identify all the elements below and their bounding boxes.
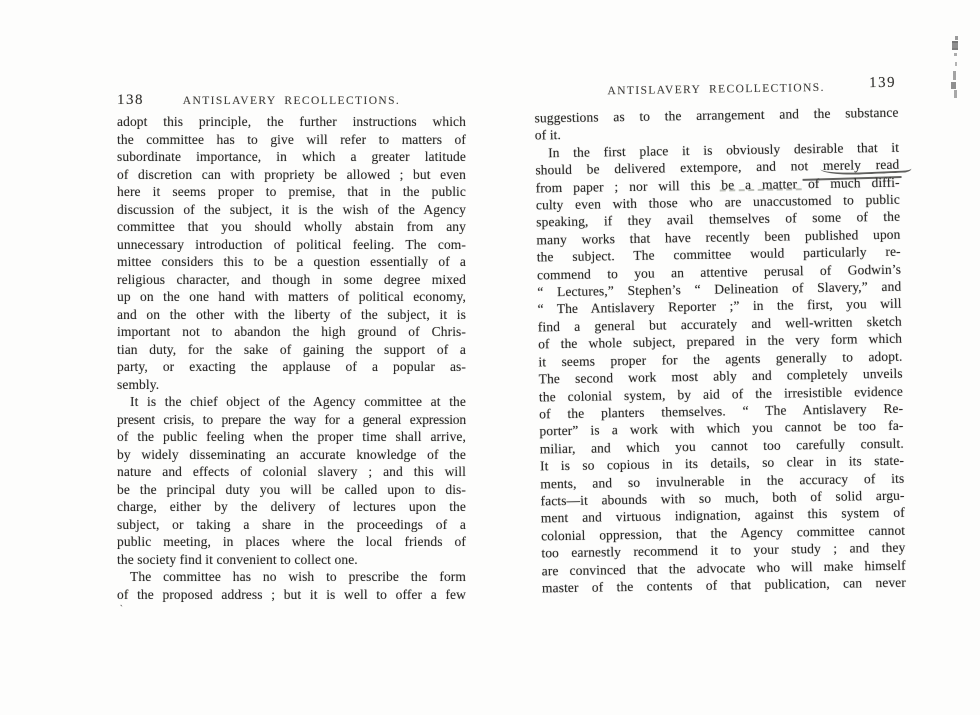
- page-number: 138: [117, 92, 144, 109]
- running-title: ANTISLAVERY RECOLLECTIONS.: [117, 92, 466, 107]
- text-line: important not to abandon the high ground…: [117, 323, 466, 341]
- pen-annotation: be a matter: [721, 176, 797, 192]
- page-138: 138 ANTISLAVERY RECOLLECTIONS. adopt thi…: [117, 92, 466, 603]
- scan-artifact: [955, 62, 957, 66]
- text-line: the committee has to give will refer to …: [117, 131, 466, 149]
- page-body: suggestions as to the arrangement and th…: [534, 104, 906, 597]
- scan-artifact: [954, 90, 957, 98]
- running-title: ANTISLAVERY RECOLLECTIONS.: [534, 78, 898, 99]
- text-line: charge, either by the delivery of lectur…: [117, 498, 466, 516]
- text-line: subordinate importance, in which a great…: [117, 148, 466, 166]
- page-header: ANTISLAVERY RECOLLECTIONS. 139: [534, 78, 898, 104]
- page-header: 138 ANTISLAVERY RECOLLECTIONS.: [117, 92, 466, 112]
- text-line: mittee considers this to be a question e…: [117, 253, 466, 271]
- text-line: up on the one hand with matters of polit…: [117, 288, 466, 306]
- text-line: present crisis, to prepare the way for a…: [117, 411, 466, 429]
- printer-mark: ‵: [120, 604, 125, 615]
- page-body: adopt this principle, the further instru…: [117, 113, 466, 603]
- text-line: be the principal duty you will be called…: [117, 481, 466, 499]
- text-line: public meeting, in places where the loca…: [117, 533, 466, 551]
- pen-annotation: of much diffi-: [808, 174, 900, 190]
- page-number: 139: [869, 75, 896, 92]
- text-line: unnecessary introduction of political fe…: [117, 236, 466, 254]
- text-line: The committee has no wish to prescribe t…: [117, 568, 466, 586]
- page-139: ANTISLAVERY RECOLLECTIONS. 139 suggestio…: [534, 78, 906, 597]
- scan-artifact: [952, 41, 958, 50]
- text-line: here it seems proper to premise, that in…: [117, 183, 466, 201]
- text-line: the society find it convenient to collec…: [117, 551, 466, 569]
- text-line: of discretion can with propriety be allo…: [117, 166, 466, 184]
- text-line: sembly.: [117, 376, 466, 394]
- text-segment: from paper ; nor will this: [536, 177, 722, 195]
- scan-artifact: [954, 53, 957, 56]
- text-line: It is the chief object of the Agency com…: [117, 393, 466, 411]
- scan-artifact: [953, 71, 956, 80]
- text-line: of the proposed address ; but it is well…: [117, 586, 466, 604]
- scan-artifact: [951, 82, 956, 89]
- text-line: and on the other with the liberty of the…: [117, 306, 466, 324]
- scan-artifact: [955, 36, 958, 40]
- text-line: religious character, and though in some …: [117, 271, 466, 289]
- text-line: of the public feeling when the proper ti…: [117, 428, 466, 446]
- text-line: subject, or taking a share in the procee…: [117, 516, 466, 534]
- text-line: tian duty, for the sake of gaining the s…: [117, 341, 466, 359]
- text-line: party, or exacting the applause of a pop…: [117, 358, 466, 376]
- text-line: discussion of the subject, it is the wis…: [117, 201, 466, 219]
- text-line: committee that you should wholly abstain…: [117, 218, 466, 236]
- text-line: nature and effects of colonial slavery ;…: [117, 463, 466, 481]
- text-line: by widely disseminating an accurate know…: [117, 446, 466, 464]
- text-line: adopt this principle, the further instru…: [117, 113, 466, 131]
- pen-annotation: merely read: [823, 157, 900, 173]
- book-scan: 138 ANTISLAVERY RECOLLECTIONS. adopt thi…: [0, 0, 980, 715]
